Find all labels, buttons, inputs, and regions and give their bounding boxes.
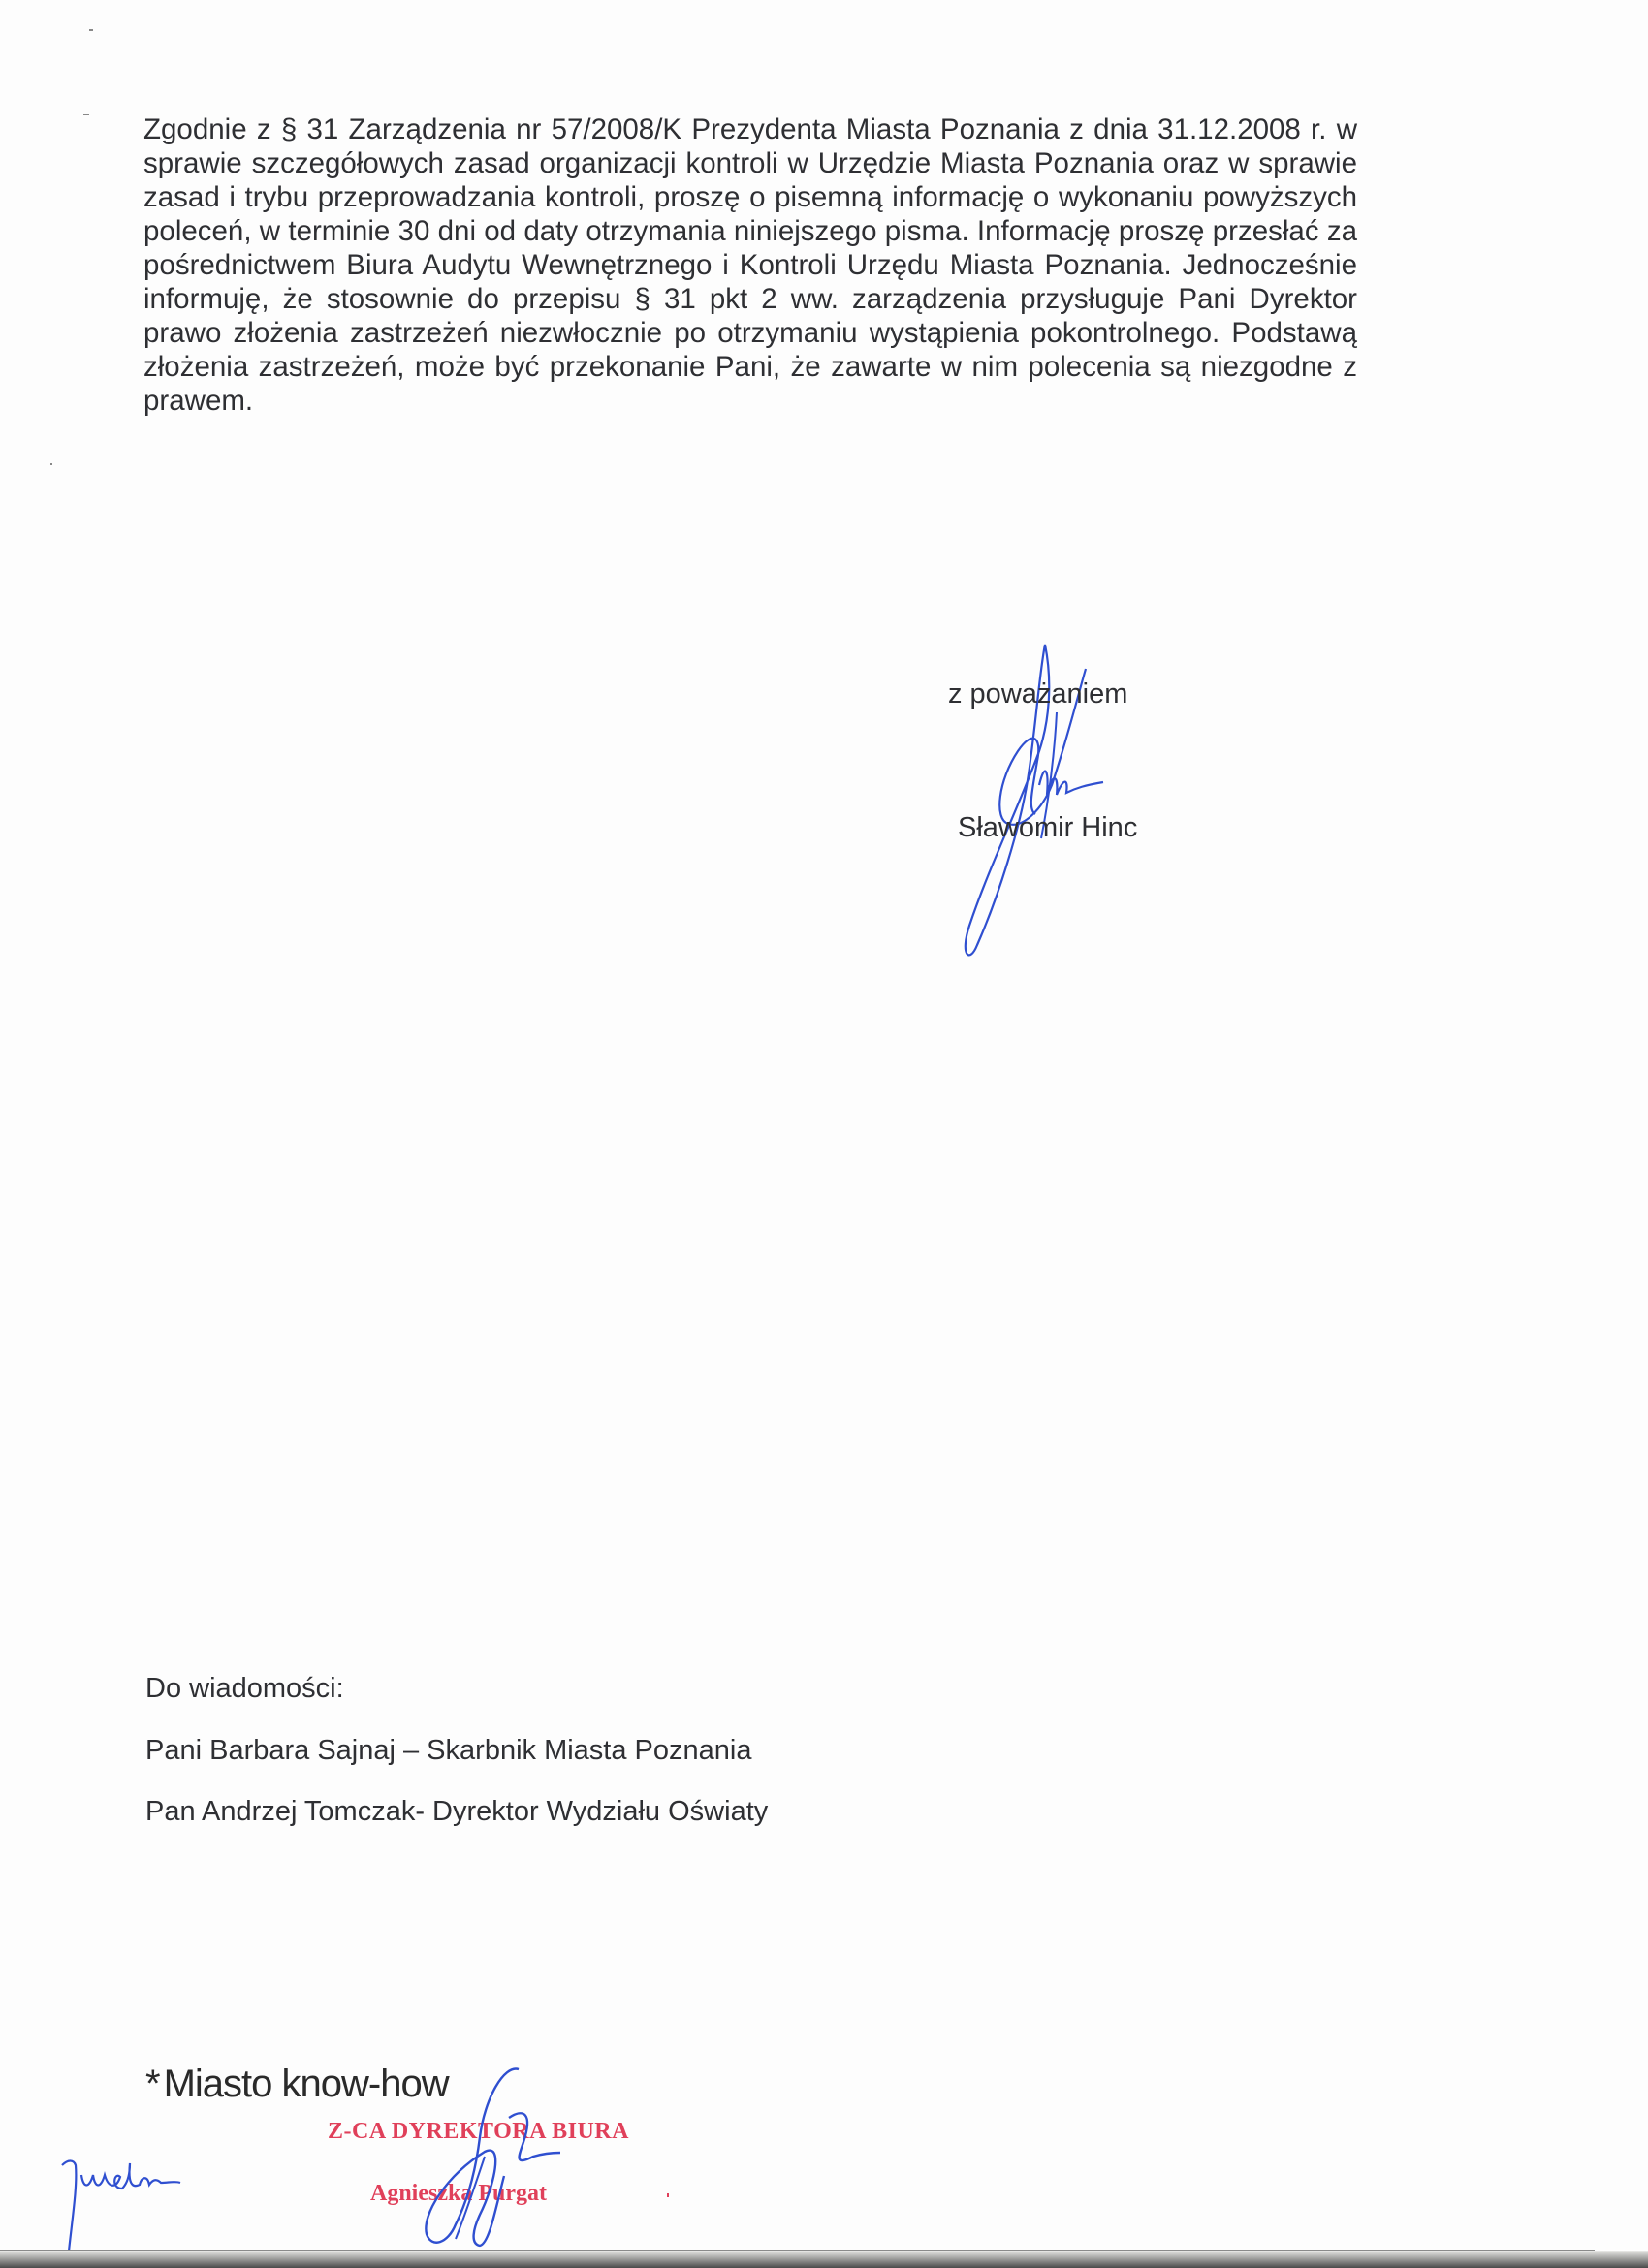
body-paragraph: Zgodnie z § 31 Zarządzenia nr 57/2008/K …: [143, 112, 1357, 418]
scan-speck: [50, 463, 52, 465]
scanned-letter-page: Zgodnie z § 31 Zarządzenia nr 57/2008/K …: [0, 0, 1648, 2268]
cc-recipient: Pani Barbara Sajnaj – Skarbnik Miasta Po…: [145, 1735, 751, 1767]
cc-heading: Do wiadomości:: [145, 1673, 344, 1705]
scan-speck: [667, 2193, 669, 2197]
asterisk-icon: *: [145, 2063, 160, 2105]
cc-recipient: Pan Andrzej Tomczak- Dyrektor Wydziału O…: [145, 1796, 768, 1828]
scan-speck: [83, 114, 89, 115]
letter-body: Zgodnie z § 31 Zarządzenia nr 57/2008/K …: [143, 112, 1357, 418]
scan-speck: [89, 29, 93, 31]
scan-bottom-edge: [0, 2251, 1648, 2268]
signer-name: Sławomir Hinc: [958, 812, 1137, 844]
closing-salutation: z poważaniem: [948, 678, 1127, 710]
signature-deputy-icon: [388, 2060, 562, 2253]
signature-director-icon: [931, 615, 1183, 964]
